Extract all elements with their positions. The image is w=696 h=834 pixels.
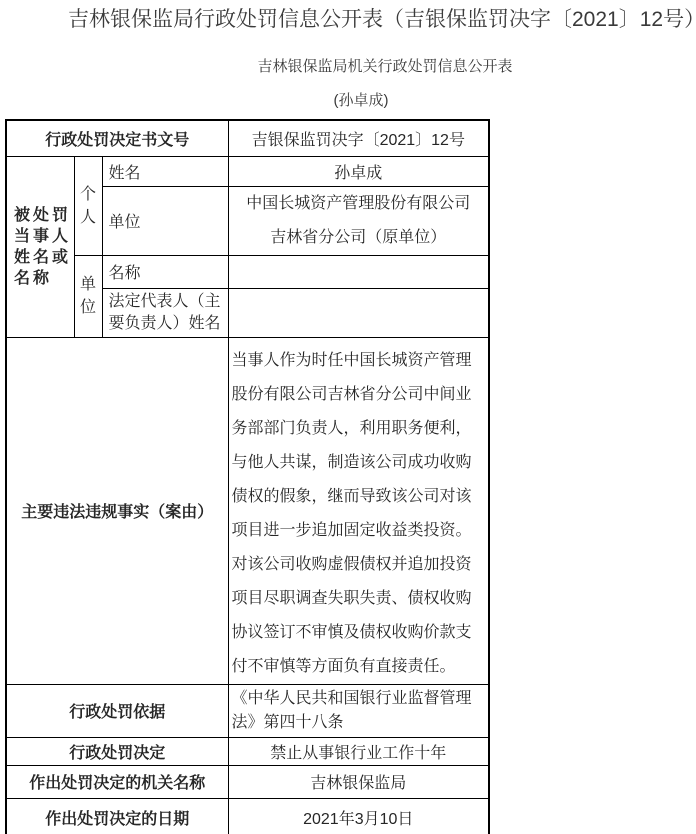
date-value: 2021年3月10日 <box>228 798 489 834</box>
penalty-info-table: 行政处罚决定书文号 吉银保监罚决字〔2021〕12号 被处罚 当事人 姓名或 名… <box>5 119 490 834</box>
individual-section-label: 个 人 <box>74 156 102 255</box>
basis-value: 《中华人民共和国银行业监督管理 法》第四十八条 <box>228 684 489 737</box>
page-subtitle: 吉林银保监局机关行政处罚信息公开表 <box>0 58 696 76</box>
table-row-authority: 作出处罚决定的机关名称 吉林银保监局 <box>6 765 489 798</box>
organization-section-label: 单 位 <box>74 255 102 337</box>
party-label: 被处罚 当事人 姓名或 名称 <box>6 156 74 337</box>
table-row-doc-number: 行政处罚决定书文号 吉银保监罚决字〔2021〕12号 <box>6 120 489 156</box>
table-row-decision: 行政处罚决定 禁止从事银行业工作十年 <box>6 737 489 765</box>
individual-unit-value: 中国长城资产管理股份有限公司 吉林省分公司（原单位） <box>228 186 489 255</box>
table-row-date: 作出处罚决定的日期 2021年3月10日 <box>6 798 489 834</box>
date-label: 作出处罚决定的日期 <box>6 798 228 834</box>
individual-name-label: 姓名 <box>102 156 228 186</box>
table-row-facts: 主要违法违规事实（案由） 当事人作为时任中国长城资产管理 股份有限公司吉林省分公… <box>6 337 489 684</box>
legal-rep-value <box>228 288 489 337</box>
table-row-basis: 行政处罚依据 《中华人民共和国银行业监督管理 法》第四十八条 <box>6 684 489 737</box>
table-row-individual-name: 被处罚 当事人 姓名或 名称 个 人 姓名 孙卓成 <box>6 156 489 186</box>
facts-value: 当事人作为时任中国长城资产管理 股份有限公司吉林省分公司中间业 务部部门负责人，… <box>228 337 489 684</box>
table-row-org-name: 单 位 名称 <box>6 255 489 288</box>
org-name-value <box>228 255 489 288</box>
basis-label: 行政处罚依据 <box>6 684 228 737</box>
doc-number-value: 吉银保监罚决字〔2021〕12号 <box>228 120 489 156</box>
decision-label: 行政处罚决定 <box>6 737 228 765</box>
document-header: 吉林银保监局行政处罚信息公开表（吉银保监罚决字〔2021〕12号） 吉林银保监局… <box>0 6 696 110</box>
authority-value: 吉林银保监局 <box>228 765 489 798</box>
individual-unit-label: 单位 <box>102 186 228 255</box>
decision-value: 禁止从事银行业工作十年 <box>228 737 489 765</box>
facts-label: 主要违法违规事实（案由） <box>6 337 228 684</box>
page-title: 吉林银保监局行政处罚信息公开表（吉银保监罚决字〔2021〕12号） <box>0 6 696 34</box>
penalized-person-name: (孙卓成) <box>0 92 696 110</box>
legal-rep-label: 法定代表人（主 要负责人）姓名 <box>102 288 228 337</box>
individual-name-value: 孙卓成 <box>228 156 489 186</box>
authority-label: 作出处罚决定的机关名称 <box>6 765 228 798</box>
doc-number-label: 行政处罚决定书文号 <box>6 120 228 156</box>
org-name-label: 名称 <box>102 255 228 288</box>
